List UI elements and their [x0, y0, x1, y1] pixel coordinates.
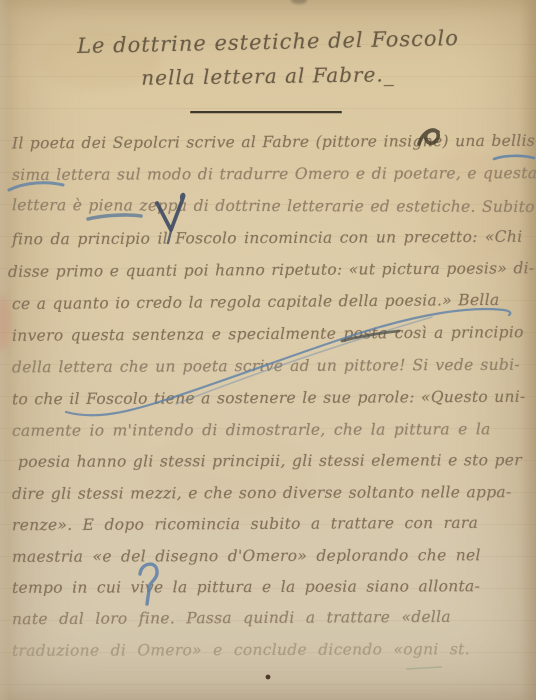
- manuscript-line: della lettera che un poeta scrive ad un …: [12, 356, 520, 377]
- manuscript-line: renze». E dopo ricomincia subito a tratt…: [12, 514, 478, 534]
- manuscript-line: to che il Foscolo tiene a sostenere le s…: [12, 388, 526, 409]
- title-line-1: Le dottrine estetiche del Foscolo: [0, 24, 536, 59]
- title-line-2: nella lettera al Fabre._: [0, 60, 536, 91]
- manuscript-line: nate dal loro fine. Passa quindi a tratt…: [12, 608, 451, 628]
- ink-dot: [266, 675, 271, 680]
- manuscript-line: camente io m'intendo di dimostrarle, che…: [12, 420, 491, 440]
- manuscript-line: ce a quanto io credo la regola capitale …: [12, 291, 500, 313]
- manuscript-line: tempo in cui vive la pittura e la poesia…: [12, 577, 480, 597]
- blue-underline-bellis: [494, 156, 534, 159]
- manuscript-line: maestria «e del disegno d'Omero» deplora…: [12, 546, 481, 566]
- manuscript-line: sima lettera sul modo di tradurre Omero …: [12, 164, 536, 184]
- manuscript-line: invero questa sentenza e specialmente po…: [12, 323, 524, 345]
- manuscript-page: Le dottrine estetiche del Foscolo nella …: [0, 0, 536, 700]
- manuscript-line: dire gli stessi mezzi, e che sono divers…: [12, 483, 512, 503]
- faint-underline-final: [407, 667, 441, 669]
- paper-stain: [150, 430, 310, 520]
- manuscript-line: lettera è piena zeppa di dottrine letter…: [12, 196, 535, 216]
- pink-edge-smudge: [0, 295, 10, 351]
- manuscript-line: traduzione di Omero» e conclude dicendo …: [12, 640, 470, 660]
- manuscript-line: poesia hanno gli stessi principii, gli s…: [18, 451, 522, 471]
- blue-underline-piena: [88, 215, 141, 219]
- top-edge-smudge: [291, 0, 307, 4]
- manuscript-line: disse primo e quanti poi hanno ripetuto:…: [8, 259, 535, 281]
- manuscript-line: Il poeta dei Sepolcri scrive al Fabre (p…: [12, 132, 536, 153]
- manuscript-line: fino da principio il Foscolo incomincia …: [12, 228, 523, 249]
- title-divider: [190, 111, 342, 113]
